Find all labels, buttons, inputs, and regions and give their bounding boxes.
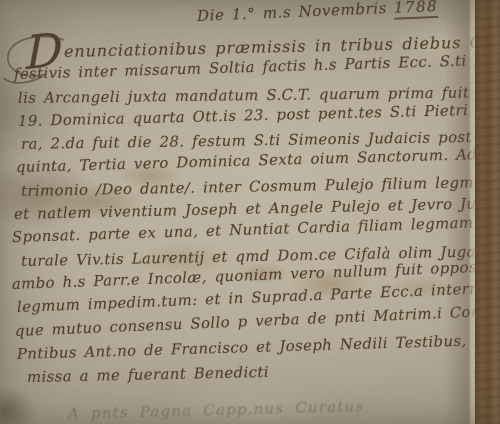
manuscript-body: enunciationibus præmissis in tribus dieb…	[12, 40, 486, 389]
signature-line: A pnts Pagna Capp.nus Curatus	[68, 397, 365, 423]
ink-layer: Die 1.° m.s Novembris1788 D enunciationi…	[0, 0, 500, 424]
manuscript-page-photo: Die 1.° m.s Novembris1788 D enunciationi…	[0, 0, 500, 424]
heading-date: Die 1.° m.s Novembris1788	[197, 0, 439, 25]
heading-year: 1788	[394, 0, 439, 20]
heading-date-text: Die 1.° m.s Novembris	[197, 0, 388, 25]
